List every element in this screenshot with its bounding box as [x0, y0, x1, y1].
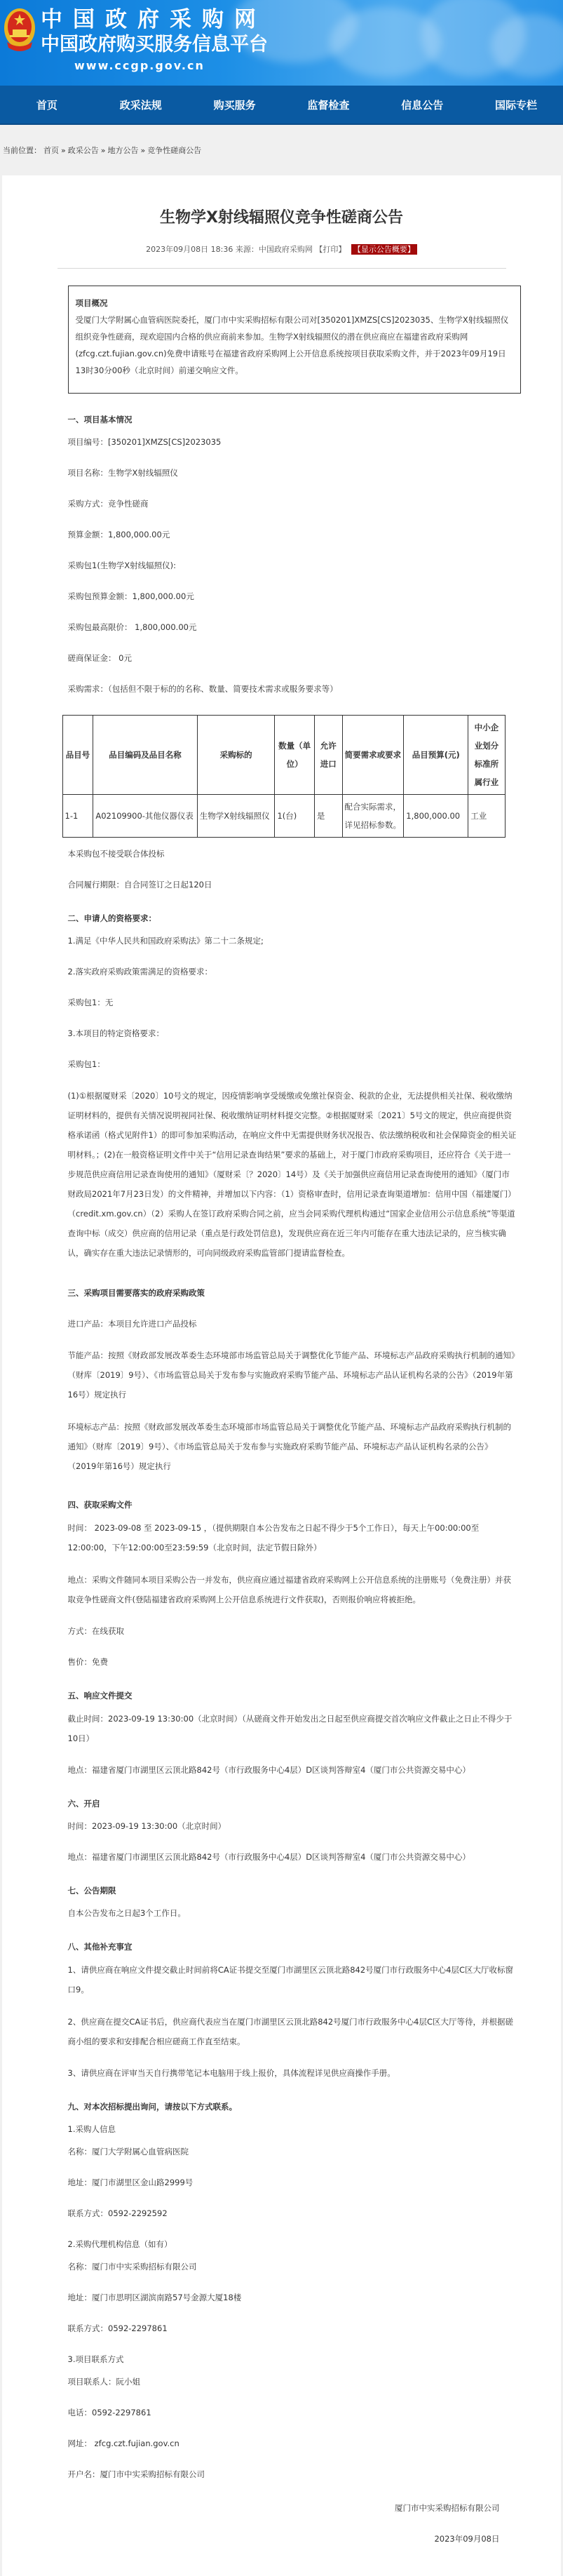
account-name: 开户名：厦门市中实采购招标有限公司 — [68, 2465, 517, 2483]
section-title: 二、申请人的资格要求： — [68, 909, 517, 927]
agent-heading: 2.采购代理机构信息（如有） — [68, 2235, 517, 2253]
agent-phone: 联系方式：0592-2297861 — [68, 2319, 517, 2337]
supplement-1: 1、请供应商在响应文件提交截止时间前将CA证书提交至厦门市湖里区云顶北路842号… — [68, 1960, 517, 1999]
col-import: 允许进口 — [314, 716, 342, 795]
policy-import: 进口产品：本项目允许进口产品投标 — [68, 1315, 517, 1333]
source: 来源：中国政府采购网 — [236, 245, 313, 254]
buyer-name: 名称：厦门大学附属心血管病医院 — [68, 2142, 517, 2161]
section-basic-info-cont: 本采购包不接受联合体投标 合同履行期限：自合同签订之日起120日 二、申请人的资… — [68, 845, 517, 2548]
show-summary-button[interactable]: 【显示公告概要】 — [351, 244, 417, 255]
site-header: 中国政府采购网 中国政府购买服务信息平台 www.ccgp.gov.cn — [0, 0, 563, 86]
procurement-method: 采购方式：竞争性磋商 — [68, 495, 517, 513]
col-item-no: 品目号 — [62, 716, 93, 795]
qualification-3-package: 采购包1： — [68, 1055, 517, 1073]
breadcrumb-local-announcements[interactable]: 地方公告 — [107, 145, 138, 156]
breadcrumb-prefix: 当前位置： — [3, 145, 41, 156]
cell-item-code: A02109900-其他仪器仪表 — [93, 795, 197, 838]
logo-subtitle: 中国政府购买服务信息平台 — [41, 34, 268, 56]
print-link[interactable]: 【打印】 — [315, 245, 346, 254]
qualification-3: 3.本项目的特定资格要求： — [68, 1024, 517, 1042]
logo-url: www.ccgp.gov.cn — [74, 59, 205, 72]
package-max-price: 采购包最高限价： 1,800,000.00元 — [68, 618, 517, 636]
nav-item-announcements[interactable]: 信息公告 — [375, 98, 469, 112]
article-content: 项目概况 受厦门大学附属心血管病医院委托，厦门市中实采购招标有限公司对[3502… — [57, 269, 506, 2548]
nav-item-international[interactable]: 国际专栏 — [469, 98, 563, 112]
breadcrumb-separator: » — [61, 146, 66, 155]
cell-requirement: 配合实际需求，详见招标参数。 — [342, 795, 404, 838]
breadcrumb-home[interactable]: 首页 — [43, 145, 59, 156]
doc-time: 时间： 2023-09-08 至 2023-09-15 ，（提供期限自本公告发布… — [68, 1518, 517, 1557]
buyer-phone: 联系方式：0592-2292592 — [68, 2204, 517, 2222]
col-industry: 中小企业划分标准所属行业 — [468, 716, 505, 795]
section-basic-info: 一、项目基本情况 项目编号：[350201]XMZS[CS]2023035 项目… — [68, 410, 517, 698]
section-title: 一、项目基本情况 — [68, 410, 517, 429]
contact-phone: 电话：0592-2297861 — [68, 2403, 517, 2422]
items-table: 品目号 品目编码及品目名称 采购标的 数量（单位） 允许进口 简要需求或要求 品… — [62, 715, 506, 838]
supplement-2: 2、供应商在提交CA证书后，供应商代表应当在厦门市湖里区云顶北路842号厦门市行… — [68, 2012, 517, 2051]
section-title: 九、对本次招标提出询问，请按以下方式联系。 — [68, 2098, 517, 2116]
package-budget: 采购包预算金额：1,800,000.00元 — [68, 587, 517, 605]
policy-energy: 节能产品：按照《财政部发展改革委生态环境部市场监管总局关于调整优化节能产品、环境… — [68, 1346, 517, 1404]
opening-place: 地点：福建省厦门市湖里区云顶北路842号（市行政服务中心4层）D区谈判答辩室4（… — [68, 1848, 517, 1866]
overview-text: 受厦门大学附属心血管病医院委托，厦门市中实采购招标有限公司对[350201]XM… — [76, 311, 512, 379]
buyer-address: 地址：厦门市湖里区金山路2999号 — [68, 2173, 517, 2192]
col-quantity: 数量（单位） — [275, 716, 314, 795]
nav-item-policy[interactable]: 政采法规 — [94, 98, 188, 112]
cell-item-no: 1-1 — [62, 795, 93, 838]
nav-item-home[interactable]: 首页 — [0, 98, 94, 112]
buyer-heading: 1.采购人信息 — [68, 2120, 517, 2138]
col-target: 采购标的 — [197, 716, 275, 795]
supplement-3: 3、请供应商在评审当天自行携带笔记本电脑用于线上报价，具体流程详见供应商操作手册… — [68, 2064, 517, 2082]
qualification-2: 2.落实政府采购政策需满足的资格要求： — [68, 962, 517, 981]
agent-name: 名称：厦门市中实采购招标有限公司 — [68, 2258, 517, 2276]
submit-place: 地点：福建省厦门市湖里区云顶北路842号（市行政服务中心4层）D区谈判答辩室4（… — [68, 1761, 517, 1779]
section-title: 八、其他补充事宜 — [68, 1938, 517, 1956]
no-consortium: 本采购包不接受联合体投标 — [68, 845, 517, 863]
project-name: 项目名称：生物学X射线辐照仪 — [68, 464, 517, 482]
breadcrumb-current[interactable]: 竞争性磋商公告 — [147, 145, 201, 156]
doc-place: 地点：采购文件随同本项目采购公告一并发布，供应商应通过福建省政府采购网上公开信息… — [68, 1570, 517, 1609]
main-nav: 首页 政采法规 购买服务 监督检查 信息公告 国际专栏 — [0, 86, 563, 125]
doc-method: 方式：在线获取 — [68, 1622, 517, 1640]
requirement-label: 采购需求：（包括但不限于标的的名称、数量、简要技术需求或服务要求等） — [68, 680, 517, 698]
cell-import: 是 — [314, 795, 342, 838]
agent-address: 地址：厦门市思明区湖滨南路57号金源大厦18楼 — [68, 2288, 517, 2307]
cell-industry: 工业 — [468, 795, 505, 838]
contact-heading: 3.项目联系方式 — [68, 2350, 517, 2368]
logo-title: 中国政府采购网 — [41, 7, 266, 32]
breadcrumb-separator: » — [140, 146, 145, 155]
contract-period: 合同履行期限：自合同签订之日起120日 — [68, 876, 517, 894]
table-row: 1-1 A02109900-其他仪器仪表 生物学X射线辐照仪 1(台) 是 配合… — [62, 795, 505, 838]
budget-amount: 预算金额：1,800,000.00元 — [68, 525, 517, 544]
nav-item-services[interactable]: 购买服务 — [188, 98, 282, 112]
col-item-code: 品目编码及品目名称 — [93, 716, 197, 795]
breadcrumb: 当前位置： 首页 » 政采公告 » 地方公告 » 竞争性磋商公告 — [0, 125, 563, 175]
section-title: 六、开启 — [68, 1795, 517, 1813]
project-overview-box: 项目概况 受厦门大学附属心血管病医院委托，厦门市中实采购招标有限公司对[3502… — [68, 286, 521, 394]
article-card: 生物学X射线辐照仪竞争性磋商公告 2023年09月08日 18:36 来源：中国… — [2, 175, 561, 2576]
overview-heading: 项目概况 — [76, 295, 512, 311]
breadcrumb-separator: » — [101, 146, 106, 155]
cell-quantity: 1(台) — [275, 795, 314, 838]
submit-deadline: 截止时间：2023-09-19 13:30:00（北京时间）（从磋商文件开始发出… — [68, 1709, 517, 1748]
doc-price: 售价：免费 — [68, 1653, 517, 1671]
breadcrumb-gov-announcements[interactable]: 政采公告 — [68, 145, 99, 156]
publish-date: 2023年09月08日 18:36 — [146, 245, 233, 254]
table-header-row: 品目号 品目编码及品目名称 采购标的 数量（单位） 允许进口 简要需求或要求 品… — [62, 716, 505, 795]
cell-budget: 1,800,000.00 — [404, 795, 468, 838]
opening-time: 时间：2023-09-19 13:30:00（北京时间） — [68, 1817, 517, 1835]
qualification-1: 1.满足《中华人民共和国政府采购法》第二十二条规定; — [68, 932, 517, 950]
cell-target: 生物学X射线辐照仪 — [197, 795, 275, 838]
announcement-period: 自本公告发布之日起3个工作日。 — [68, 1904, 517, 1922]
national-emblem-icon — [3, 6, 36, 58]
section-title: 五、响应文件提交 — [68, 1686, 517, 1705]
deposit: 磋商保证金： 0元 — [68, 649, 517, 667]
section-title: 七、公告期限 — [68, 1881, 517, 1900]
signature-date: 2023年09月08日 — [68, 2530, 517, 2548]
col-budget: 品目预算(元) — [404, 716, 468, 795]
col-requirement: 简要需求或要求 — [342, 716, 404, 795]
project-number: 项目编号：[350201]XMZS[CS]2023035 — [68, 433, 517, 451]
qualification-2-package: 采购包1：无 — [68, 993, 517, 1012]
contact-person: 项目联系人：阮小姐 — [68, 2373, 517, 2391]
package-label: 采购包1(生物学X射线辐照仪): — [68, 556, 517, 575]
signature-org: 厦门市中实采购招标有限公司 — [68, 2499, 517, 2517]
page-title: 生物学X射线辐照仪竞争性磋商公告 — [2, 175, 561, 229]
nav-item-supervision[interactable]: 监督检查 — [281, 98, 375, 112]
website[interactable]: 网址： zfcg.czt.fujian.gov.cn — [68, 2434, 517, 2453]
section-title: 三、采购项目需要落实的政府采购政策 — [68, 1284, 517, 1302]
article-meta: 2023年09月08日 18:36 来源：中国政府采购网 【打印】 【显示公告概… — [2, 244, 561, 255]
policy-environment: 环境标志产品：按照《财政部发展改革委生态环境部市场监管总局关于调整优化节能产品、… — [68, 1417, 517, 1476]
section-title: 四、获取采购文件 — [68, 1496, 517, 1514]
qualification-3-text: (1)①根据厦财采〔2020〕10号文的规定，因疫情影响享受缓缴或免缴社保资金、… — [68, 1086, 517, 1263]
